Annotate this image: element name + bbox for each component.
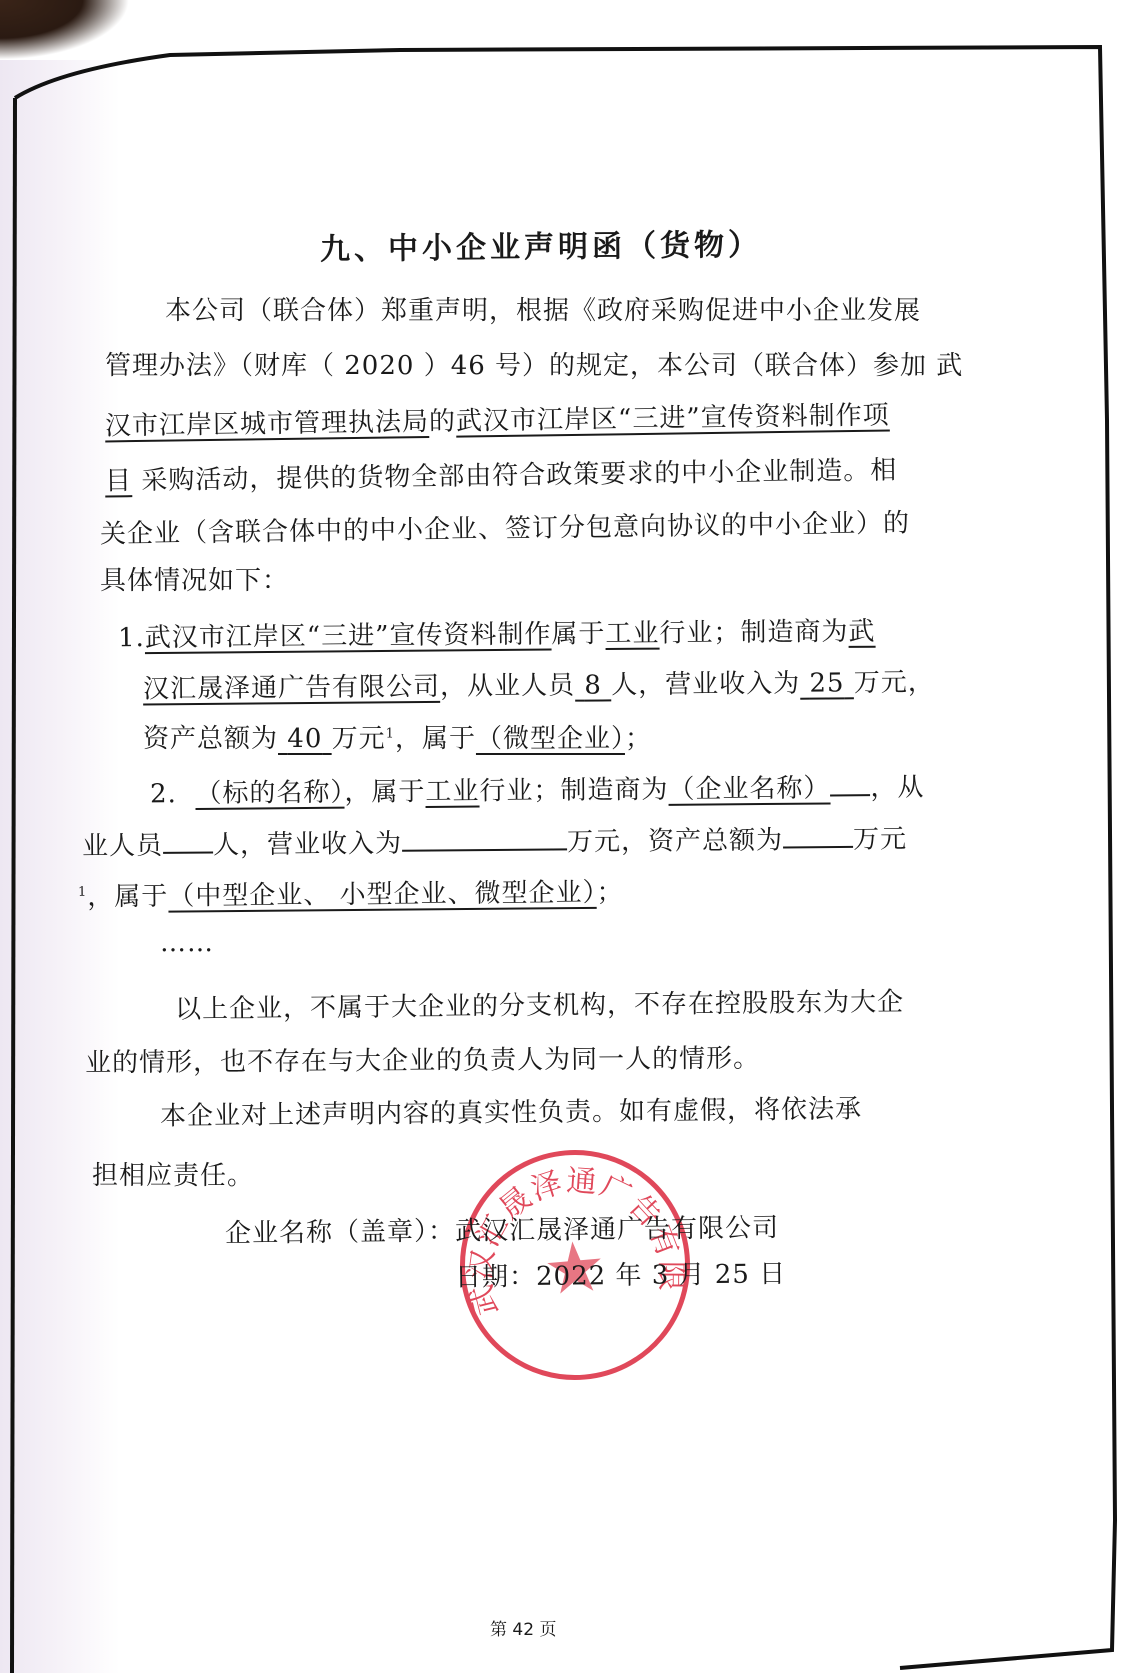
item-1-enterprise-type: （微型企业） <box>476 724 625 754</box>
text-comma-from: ，从 <box>870 773 924 803</box>
text-staff-label: ，从业人员 <box>440 671 575 702</box>
paragraph-1-line-2: 管理办法》（财库（ 2020 ）46 号）的规定，本公司（联合体）参加 武 <box>105 345 963 382</box>
paragraph-1-line-1: 本公司（联合体）郑重声明，根据《政府采购促进中小企业发展 <box>165 290 921 327</box>
text-revenue-unit: 万元， <box>854 668 935 699</box>
item-2-staff-blank <box>163 829 213 853</box>
paragraph-2-line-2: 业的情形，也不存在与大企业的负责人为同一人的情形。 <box>85 1038 760 1080</box>
text-staff-unit: 人，营业收入为 <box>611 669 800 701</box>
text-revenue-unit: 万元，资产总额为 <box>567 825 783 857</box>
footnote-marker: 1 <box>386 726 395 741</box>
item-1-line-1: 1.武汉市江岸区“三进”宣传资料制作属于工业行业；制造商为武 <box>118 611 876 655</box>
text-staff-label: 业人员 <box>82 831 163 862</box>
item-1-revenue: 25 <box>800 668 854 698</box>
text-assets-unit: 万元 <box>853 824 907 854</box>
item-2-industry: 工业 <box>425 777 479 807</box>
item-1-assets: 40 <box>278 724 332 754</box>
item-2-number: 2. <box>150 779 177 809</box>
text-staff-unit: 人，营业收入为 <box>213 829 402 861</box>
paragraph-1-line-4: 目 采购活动，提供的货物全部由符合政策要求的中小企业制造。相 <box>105 449 898 497</box>
blank-underline <box>830 772 870 796</box>
item-1-staff: 8 <box>575 670 611 700</box>
text-of: 的 <box>429 407 456 437</box>
text-type-label: ，属于 <box>395 724 476 754</box>
signature-label: 企业名称（盖章）： <box>225 1216 455 1248</box>
text-industry-suffix: 行业；制造商为 <box>479 775 668 807</box>
document-page: 九、中小企业声明函（货物） 本公司（联合体）郑重声明，根据《政府采购促进中小企业… <box>0 0 1135 1673</box>
text-end: ； <box>596 878 623 908</box>
item-2-assets-blank <box>783 824 853 849</box>
page-title: 九、中小企业声明函（货物） <box>320 220 762 269</box>
paragraph-3-line-1: 本企业对上述声明内容的真实性负责。如有虚假，将依法承 <box>160 1088 862 1132</box>
item-2-revenue-blank <box>402 826 567 851</box>
item-2-manufacturer: （企业名称） <box>668 773 830 804</box>
item-2-line-3: 1，属于（中型企业、 小型企业、微型企业）； <box>78 872 624 914</box>
paragraph-2-line-1: 以上企业，不属于大企业的分支机构，不存在控股股东为大企 <box>175 981 904 1026</box>
project-name: 武汉市江岸区“三进”宣传资料制作项 <box>456 401 890 437</box>
paragraph-3-line-2: 担相应责任。 <box>92 1155 254 1192</box>
item-2-subject: （标的名称） <box>195 778 344 809</box>
signature-line: 企业名称（盖章）：武汉汇晟泽通广告有限公司 <box>225 1207 779 1250</box>
item-1-manufacturer-b: 汉汇晟泽通广告有限公司 <box>143 672 440 705</box>
text-belongs: ，属于 <box>344 777 425 808</box>
item-1-industry: 工业 <box>605 619 659 649</box>
text-assets-label: 资产总额为 <box>143 724 278 754</box>
item-2-enterprise-type: （中型企业、 小型企业、微型企业） <box>168 878 597 912</box>
ellipsis: …… <box>160 928 214 958</box>
paragraph-1-line-6: 具体情况如下： <box>100 560 289 597</box>
text-type-label: ，属于 <box>87 882 168 913</box>
item-1-manufacturer-a: 武 <box>848 617 875 647</box>
page-number: 第 42 页 <box>490 1615 556 1640</box>
item-1-number: 1. <box>118 623 145 653</box>
paragraph-1-line-3: 汉市江岸区城市管理执法局的武汉市江岸区“三进”宣传资料制作项 <box>105 395 890 443</box>
signature-company: 武汉汇晟泽通广告有限公司 <box>455 1213 779 1246</box>
item-1-line-3: 资产总额为 40 万元1，属于（微型企业）； <box>143 718 652 755</box>
item-1-line-2: 汉汇晟泽通广告有限公司，从业人员 8 人，营业收入为 25 万元， <box>143 662 935 706</box>
paragraph-1-line-5: 关企业（含联合体中的中小企业、签订分包意向协议的中小企业）的 <box>100 502 910 550</box>
item-2-line-1: 2. （标的名称），属于工业行业；制造商为（企业名称），从 <box>150 767 925 811</box>
text-belongs: 属于 <box>551 619 605 649</box>
date-value: 2022 年 3 月 25 日 <box>536 1259 786 1292</box>
purchaser-name: 汉市江岸区城市管理执法局 <box>105 407 429 442</box>
text-industry-suffix: 行业；制造商为 <box>659 617 848 649</box>
item-2-line-2: 业人员人，营业收入为万元，资产总额为万元 <box>82 818 907 862</box>
procurement-text: 采购活动，提供的货物全部由符合政策要求的中小企业制造。相 <box>132 455 898 496</box>
footnote-marker: 1 <box>78 885 87 900</box>
date-label: 日期： <box>455 1262 536 1293</box>
text-end: ； <box>625 724 652 754</box>
date-line: 日期：2022 年 3 月 25 日 <box>455 1253 787 1293</box>
item-1-subject: 武汉市江岸区“三进”宣传资料制作 <box>145 620 552 654</box>
project-name-continued: 目 <box>105 466 132 496</box>
text-assets-unit: 万元 <box>332 724 386 754</box>
